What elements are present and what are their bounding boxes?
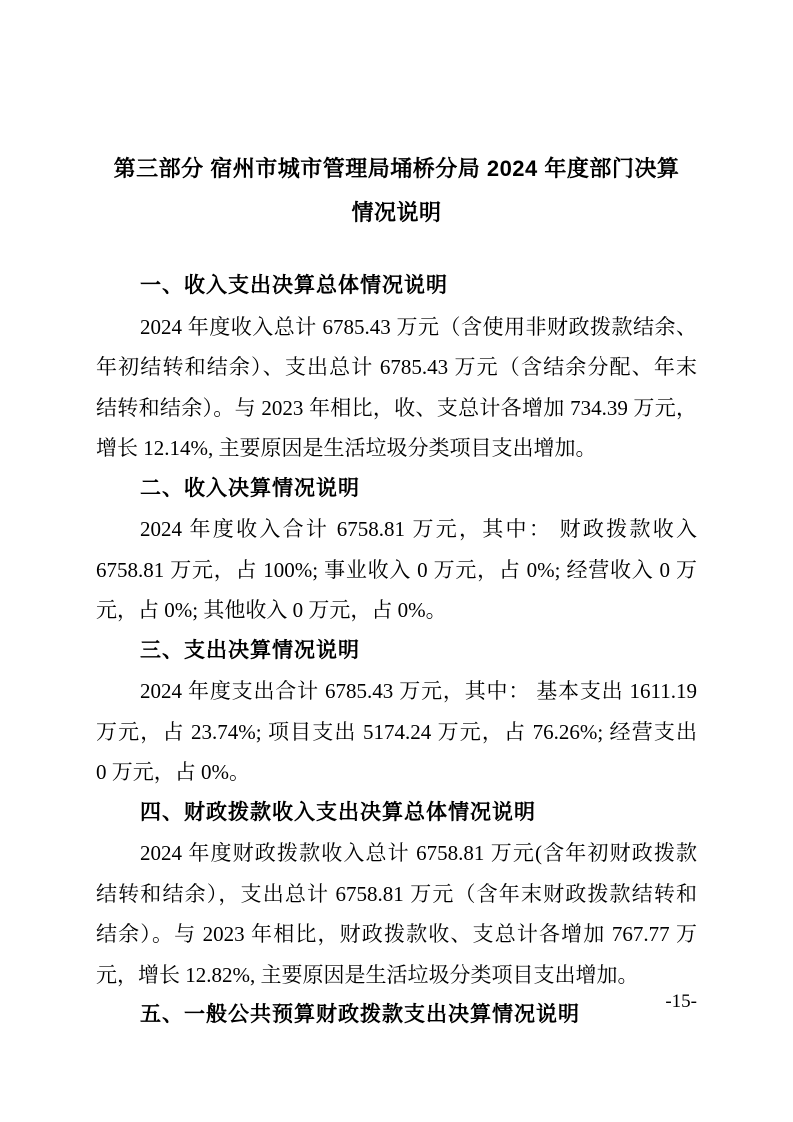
section-3-heading: 三、支出决算情况说明 xyxy=(96,631,697,672)
section-3-paragraph-line: 0 万元，占 0%。 xyxy=(96,752,697,793)
document-title-line-1: 第三部分 宿州市城市管理局埇桥分局 2024 年度部门决算 xyxy=(96,147,697,191)
section-2-paragraph-line: 元，占 0%; 其他收入 0 万元，占 0%。 xyxy=(96,590,697,631)
section-2-heading: 二、收入决算情况说明 xyxy=(96,469,697,510)
section-4-heading: 四、财政拨款收入支出决算总体情况说明 xyxy=(96,793,697,834)
section-3-paragraph-line: 2024 年度支出合计 6785.43 万元，其中： 基本支出 1611.19 xyxy=(96,671,697,712)
section-3-paragraph-line: 万元，占 23.74%; 项目支出 5174.24 万元，占 76.26%; 经… xyxy=(96,712,697,753)
document-body: 一、收入支出决算总体情况说明 2024 年度收入总计 6785.43 万元（含使… xyxy=(96,266,697,1036)
section-1-paragraph-line: 年初结转和结余）、支出总计 6785.43 万元（含结余分配、年末 xyxy=(96,347,697,388)
section-4-paragraph-line: 结转和结余），支出总计 6758.81 万元（含年末财政拨款结转和 xyxy=(96,874,697,915)
section-1-paragraph-line: 增长 12.14%, 主要原因是生活垃圾分类项目支出增加。 xyxy=(96,428,697,469)
section-2-paragraph-line: 6758.81 万元，占 100%; 事业收入 0 万元，占 0%; 经营收入 … xyxy=(96,550,697,591)
document-page: 第三部分 宿州市城市管理局埇桥分局 2024 年度部门决算 情况说明 一、收入支… xyxy=(0,0,793,1122)
section-1-paragraph-line: 结转和结余）。与 2023 年相比，收、支总计各增加 734.39 万元， xyxy=(96,388,697,429)
page-content: 第三部分 宿州市城市管理局埇桥分局 2024 年度部门决算 情况说明 一、收入支… xyxy=(96,147,697,1036)
section-1-paragraph-line: 2024 年度收入总计 6785.43 万元（含使用非财政拨款结余、 xyxy=(96,307,697,348)
section-2-paragraph-line: 2024 年度收入合计 6758.81 万元，其中： 财政拨款收入 xyxy=(96,509,697,550)
section-4-paragraph-line: 结余）。与 2023 年相比，财政拨款收、支总计各增加 767.77 万 xyxy=(96,914,697,955)
section-4-paragraph-line: 元，增长 12.82%, 主要原因是生活垃圾分类项目支出增加。 xyxy=(96,955,697,996)
document-title: 第三部分 宿州市城市管理局埇桥分局 2024 年度部门决算 情况说明 xyxy=(96,147,697,235)
section-4-paragraph-line: 2024 年度财政拨款收入总计 6758.81 万元(含年初财政拨款 xyxy=(96,833,697,874)
document-title-line-2: 情况说明 xyxy=(96,191,697,235)
section-1-heading: 一、收入支出决算总体情况说明 xyxy=(96,266,697,307)
page-number: -15- xyxy=(96,991,697,1013)
